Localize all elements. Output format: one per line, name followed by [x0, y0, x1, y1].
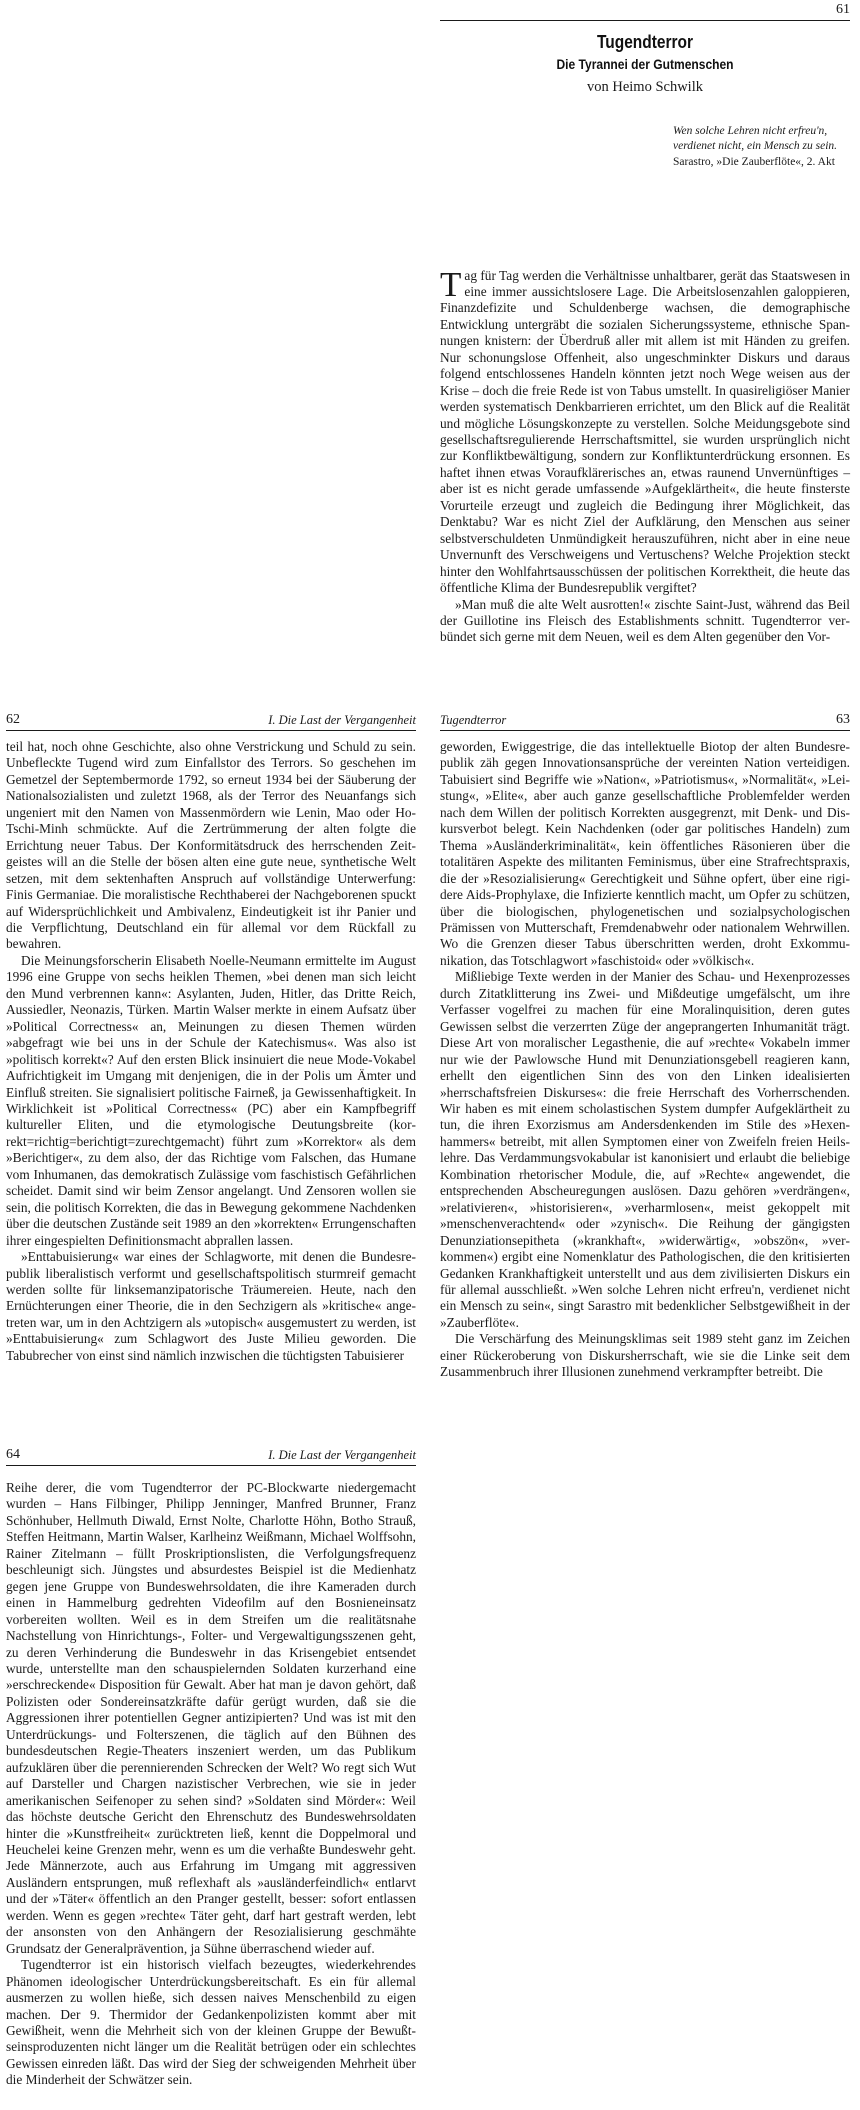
- running-header: Tugendterror 63: [440, 712, 850, 731]
- page-61: 61 Tugendterror Die Tyrannei der Gutmens…: [440, 0, 850, 646]
- paragraph: geworden, Ewiggestrige, die das intellek…: [440, 739, 850, 969]
- running-header: 64 I. Die Last der Vergangenheit: [6, 1447, 416, 1466]
- epigraph: Wen solche Lehren nicht erfreu'n, verdie…: [673, 124, 850, 170]
- page-63: Tugendterror 63 geworden, Ewiggestrige, …: [440, 712, 850, 1381]
- page-number: 63: [836, 712, 850, 728]
- paragraph: Tag für Tag werden die Verhältnisse unha…: [440, 268, 850, 597]
- body-text: geworden, Ewiggestrige, die das intellek…: [440, 739, 850, 1381]
- body-text: Reihe derer, die vom Tugendterror der PC…: [6, 1480, 416, 2089]
- epigraph-line: Wen solche Lehren nicht erfreu'n,: [673, 124, 850, 139]
- page-64: 64 I. Die Last der Vergangenheit Reihe d…: [6, 1447, 416, 2089]
- epigraph-source: Sarastro, »Die Zauberflöte«, 2. Akt: [673, 155, 850, 170]
- page-number: 62: [6, 712, 20, 728]
- drop-cap: T: [440, 270, 461, 300]
- running-title: I. Die Last der Vergangenheit: [268, 1447, 416, 1463]
- article-subtitle: Die Tyrannei der Gutmenschen: [469, 55, 822, 73]
- paragraph: Reihe derer, die vom Tugendterror der PC…: [6, 1480, 416, 1957]
- page-number: 64: [6, 1447, 20, 1463]
- paragraph: »Enttabuisierung« war eines der Schlagwo…: [6, 1249, 416, 1364]
- paragraph: teil hat, noch ohne Geschichte, also ohn…: [6, 739, 416, 953]
- paragraph: Die Meinungsforscherin Elisabeth Noelle-…: [6, 953, 416, 1249]
- paragraph: Tugendterror ist ein historisch vielfach…: [6, 1957, 416, 2089]
- page-number: 61: [836, 2, 850, 18]
- paragraph: Mißliebige Texte werden in der Manier de…: [440, 969, 850, 1331]
- running-header: 62 I. Die Last der Vergangenheit: [6, 712, 416, 731]
- epigraph-line: verdienet nicht, ein Mensch zu sein.: [673, 139, 850, 154]
- page-62: 62 I. Die Last der Vergangenheit teil ha…: [6, 712, 416, 1364]
- body-text: Tag für Tag werden die Verhältnisse unha…: [440, 268, 850, 646]
- paragraph: »Man muß die alte Welt ausrotten!« zisch…: [440, 597, 850, 646]
- running-header: 61: [440, 2, 850, 21]
- running-title: I. Die Last der Vergangenheit: [268, 712, 416, 728]
- body-text: teil hat, noch ohne Geschichte, also ohn…: [6, 739, 416, 1364]
- paragraph: Die Verschärfung des Meinungsklimas seit…: [440, 1331, 850, 1380]
- article-title: Tugendterror: [469, 31, 822, 53]
- running-title: Tugendterror: [440, 712, 506, 728]
- article-author: von Heimo Schwilk: [440, 79, 850, 96]
